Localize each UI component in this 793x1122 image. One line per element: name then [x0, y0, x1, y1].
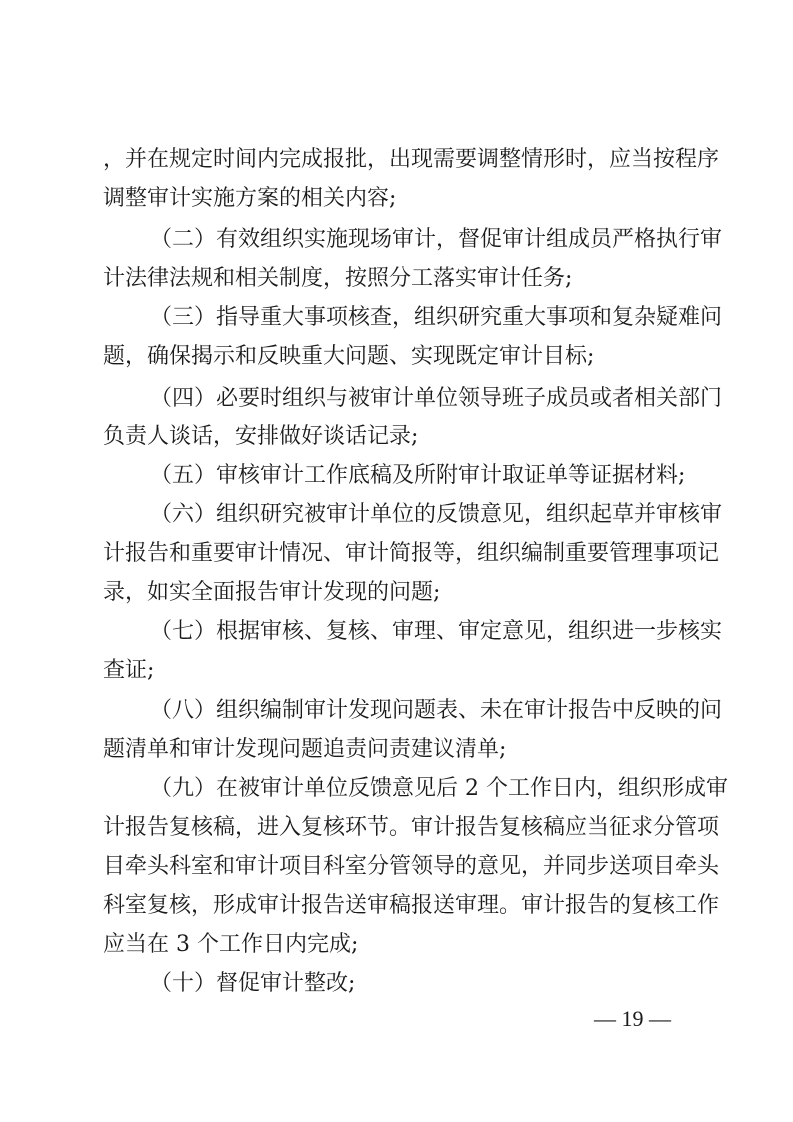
- text-line: （三）指导重大事项核查，组织研究重大事项和复杂疑难问: [150, 303, 695, 333]
- text-line: 计报告和重要审计情况、审计简报等，组织编制重要管理事项记: [103, 539, 695, 569]
- text-line: 录，如实全面报告审计发现的问题;: [103, 578, 695, 608]
- text-line: （六）组织研究被审计单位的反馈意见，组织起草并审核审: [150, 500, 695, 530]
- text-line: （二）有效组织实施现场审计，督促审计组成员严格执行审: [150, 225, 695, 255]
- text-line: 计报告复核稿，进入复核环节。审计报告复核稿应当征求分管项: [103, 813, 695, 843]
- text-line: （九）在被审计单位反馈意见后 2 个工作日内，组织形成审: [150, 774, 695, 804]
- text-line: （七）根据审核、复核、审理、审定意见，组织进一步核实: [150, 617, 695, 647]
- text-line: （八）组织编制审计发现问题表、未在审计报告中反映的问: [150, 696, 695, 726]
- text-line: 调整审计实施方案的相关内容;: [103, 184, 695, 214]
- text-line: 负责人谈话，安排做好谈话记录;: [103, 422, 695, 452]
- text-line: 查证;: [103, 656, 695, 686]
- text-line: 应当在 3 个工作日内完成;: [103, 930, 695, 960]
- text-line: 目牵头科室和审计项目科室分管领导的意见，并同步送项目牵头: [103, 852, 695, 882]
- text-line: 题清单和审计发现问题追责问责建议清单;: [103, 735, 695, 765]
- text-line: 计法律法规和相关制度，按照分工落实审计任务;: [103, 264, 695, 294]
- text-line: （十）督促审计整改;: [150, 969, 695, 999]
- text-line: （四）必要时组织与被审计单位领导班子成员或者相关部门: [150, 384, 695, 414]
- page-number: — 19 —: [594, 1004, 671, 1034]
- text-line: 科室复核，形成审计报告送审稿报送审理。审计报告的复核工作: [103, 891, 695, 921]
- text-line: ，并在规定时间内完成报批，出现需要调整情形时，应当按程序: [103, 145, 695, 175]
- text-line: （五）审核审计工作底稿及所附审计取证单等证据材料;: [150, 461, 695, 491]
- text-line: 题，确保揭示和反映重大问题、实现既定审计目标;: [103, 342, 695, 372]
